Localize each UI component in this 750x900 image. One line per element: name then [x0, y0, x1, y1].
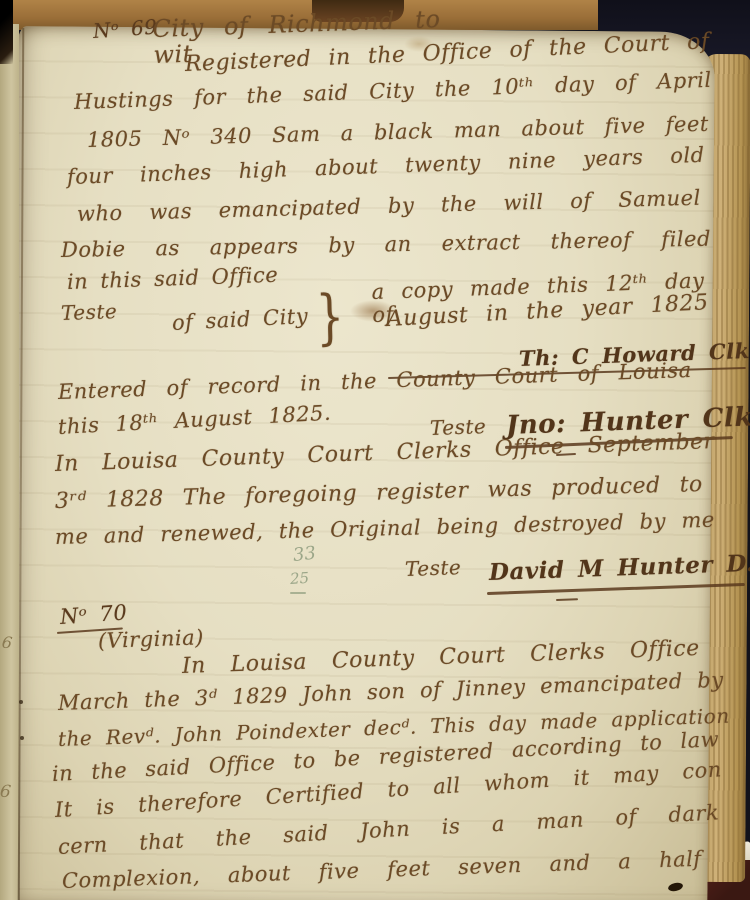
gutter-speck: [20, 736, 24, 740]
entry-69-number: Nᵒ 69: [92, 16, 158, 42]
facing-page-edge: [0, 24, 19, 900]
entry-70-heading: (Virginia): [98, 626, 205, 653]
pencil-line: [290, 592, 306, 594]
entry-70-number: Nᵒ 70: [59, 601, 128, 629]
manuscript-photo: 6 6 Nᵒ 69 City of Richmond to wit Regist…: [0, 0, 750, 900]
teste-label: Teste: [405, 556, 462, 580]
teste-label: Teste: [61, 300, 118, 324]
pencil-number: 25: [289, 569, 309, 588]
pencil-number: 33: [292, 543, 317, 566]
margin-partial-digit: 6: [0, 781, 12, 802]
gutter-dark-corner: [0, 0, 13, 64]
gutter-speck: [19, 700, 23, 704]
curly-brace: }: [315, 285, 345, 352]
teste-label: Teste: [430, 415, 487, 439]
